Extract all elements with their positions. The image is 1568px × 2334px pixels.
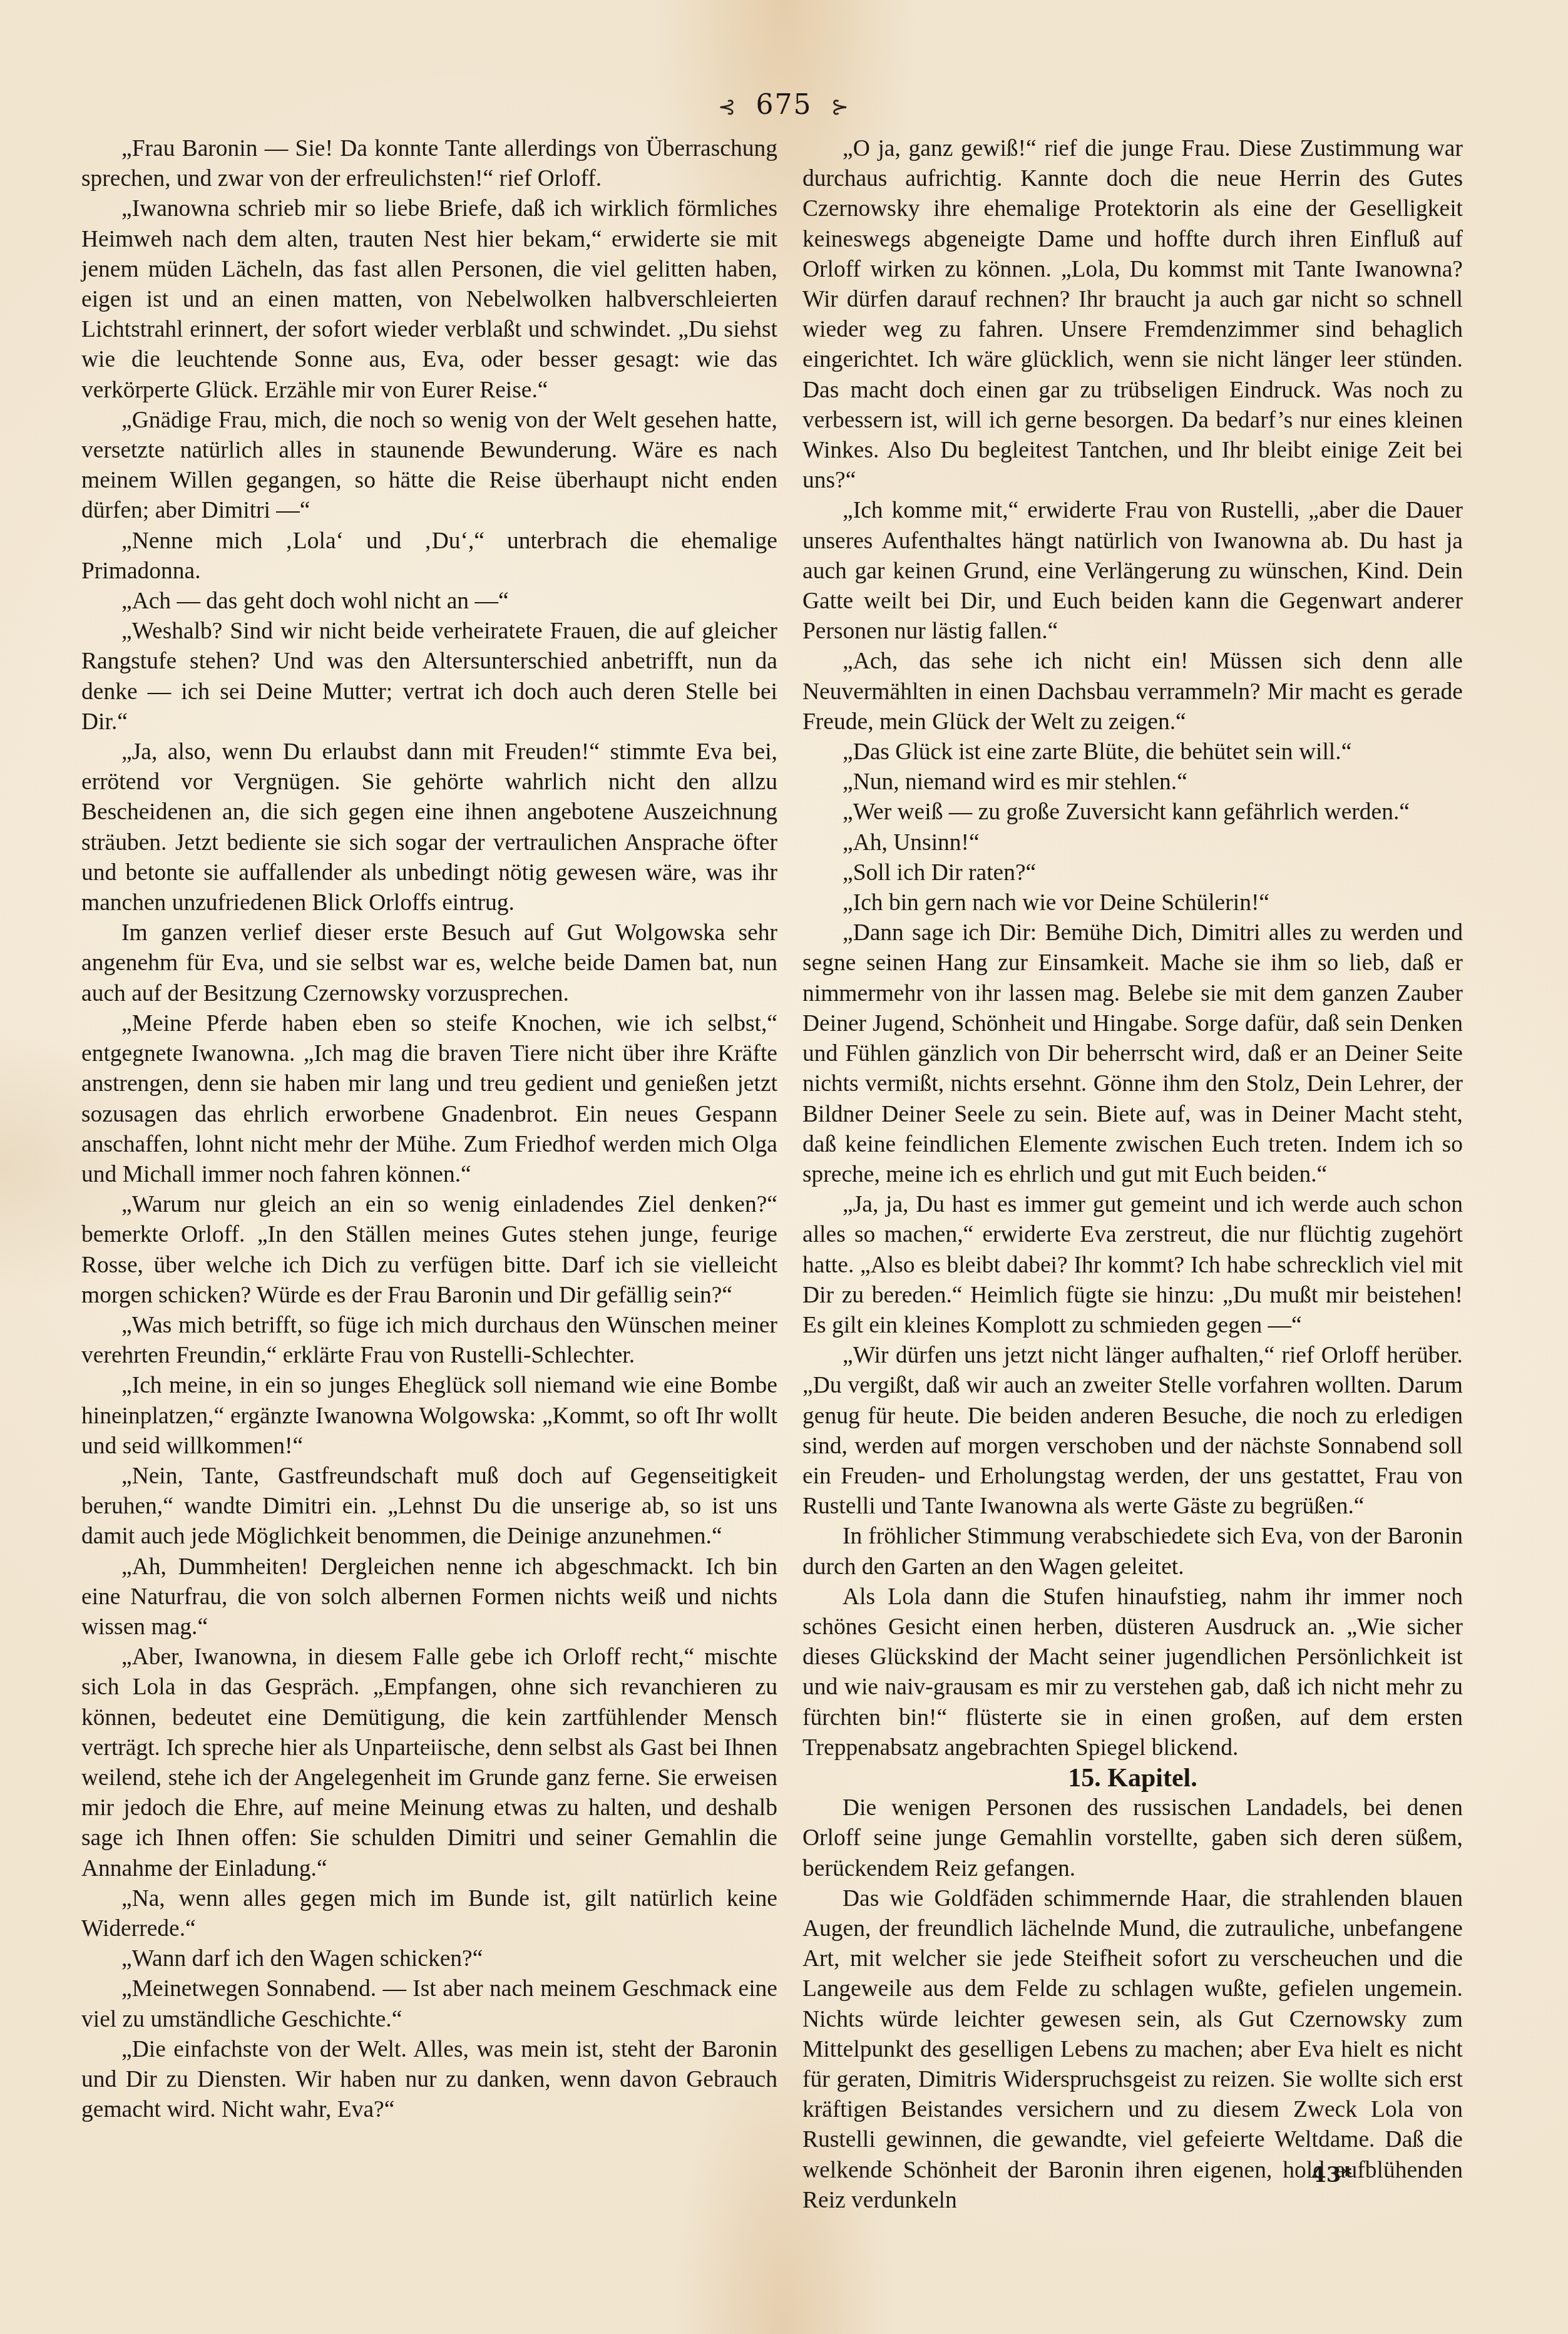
chapter-heading: 15. Kapitel. xyxy=(802,1763,1463,1793)
left-column: „Frau Baronin — Sie! Da konnte Tante all… xyxy=(81,134,777,2125)
paragraph: „Was mich betrifft, so füge ich mich dur… xyxy=(81,1311,777,1371)
paragraph: „Aber, Iwanowna, in diesem Falle gebe ic… xyxy=(81,1642,777,1884)
paragraph: Im ganzen verlief dieser erste Besuch au… xyxy=(81,918,777,1009)
paragraph: „Meine Pferde haben eben so steife Knoch… xyxy=(81,1009,777,1190)
ornament-left-icon: ⊰ xyxy=(718,95,737,120)
page-number: 675 xyxy=(756,89,812,121)
paragraph: „Nun, niemand wird es mir stehlen.“ xyxy=(802,767,1463,797)
paragraph: „Ah, Unsinn!“ xyxy=(802,828,1463,858)
paragraph: Das wie Goldfäden schimmernde Haar, die … xyxy=(802,1884,1463,2216)
ornament-right-icon: ⊱ xyxy=(831,95,850,120)
paragraph: „O ja, ganz gewiß!“ rief die junge Frau.… xyxy=(802,134,1463,496)
paragraph: Die wenigen Personen des russischen Land… xyxy=(802,1793,1463,1884)
paragraph: „Nenne mich ‚Lola‘ und ‚Du‘,“ unterbrach… xyxy=(81,526,777,586)
paragraph: „Iwanowna schrieb mir so liebe Briefe, d… xyxy=(81,194,777,405)
paragraph: „Gnädige Frau, mich, die noch so wenig v… xyxy=(81,406,777,526)
paragraph: „Dann sage ich Dir: Bemühe Dich, Dimitri… xyxy=(802,918,1463,1190)
paragraph: „Weshalb? Sind wir nicht beide verheirat… xyxy=(81,617,777,737)
paragraph: „Ja, also, wenn Du erlaubst dann mit Fre… xyxy=(81,737,777,918)
paragraph: Als Lola dann die Stufen hinaufstieg, na… xyxy=(802,1582,1463,1763)
paragraph: „Die einfachste von der Welt. Alles, was… xyxy=(81,2035,777,2126)
paragraph: „Wer weiß — zu große Zuversicht kann gef… xyxy=(802,797,1463,827)
paragraph: „Ach, das sehe ich nicht ein! Müssen sic… xyxy=(802,647,1463,737)
paragraph: „Wann darf ich den Wagen schicken?“ xyxy=(81,1944,777,1974)
paragraph: „Ich komme mit,“ erwiderte Frau von Rust… xyxy=(802,496,1463,647)
paragraph: „Na, wenn alles gegen mich im Bunde ist,… xyxy=(81,1884,777,1944)
paragraph: „Warum nur gleich an ein so wenig einlad… xyxy=(81,1190,777,1311)
signature-mark: 43* xyxy=(1311,2163,1352,2188)
paragraph: „Meinetwegen Sonnabend. — Ist aber nach … xyxy=(81,1974,777,2034)
paragraph: „Frau Baronin — Sie! Da konnte Tante all… xyxy=(81,134,777,194)
paragraph: „Soll ich Dir raten?“ xyxy=(802,858,1463,888)
paragraph: „Ich meine, in ein so junges Eheglück so… xyxy=(81,1371,777,1461)
paragraph: „Wir dürfen uns jetzt nicht länger aufha… xyxy=(802,1341,1463,1522)
page-header: ⊰ 675 ⊱ xyxy=(0,89,1568,121)
paragraph: „Das Glück ist eine zarte Blüte, die beh… xyxy=(802,737,1463,767)
paragraph: In fröhlicher Stimmung verabschiedete si… xyxy=(802,1522,1463,1582)
paragraph: „Ja, ja, Du hast es immer gut gemeint un… xyxy=(802,1190,1463,1341)
paragraph: „Ach — das geht doch wohl nicht an —“ xyxy=(81,586,777,617)
paragraph: „Nein, Tante, Gastfreundschaft muß doch … xyxy=(81,1461,777,1552)
paragraph: „Ich bin gern nach wie vor Deine Schüler… xyxy=(802,888,1463,918)
paragraph: „Ah, Dummheiten! Dergleichen nenne ich a… xyxy=(81,1552,777,1643)
right-column: „O ja, ganz gewiß!“ rief die junge Frau.… xyxy=(802,134,1463,2216)
